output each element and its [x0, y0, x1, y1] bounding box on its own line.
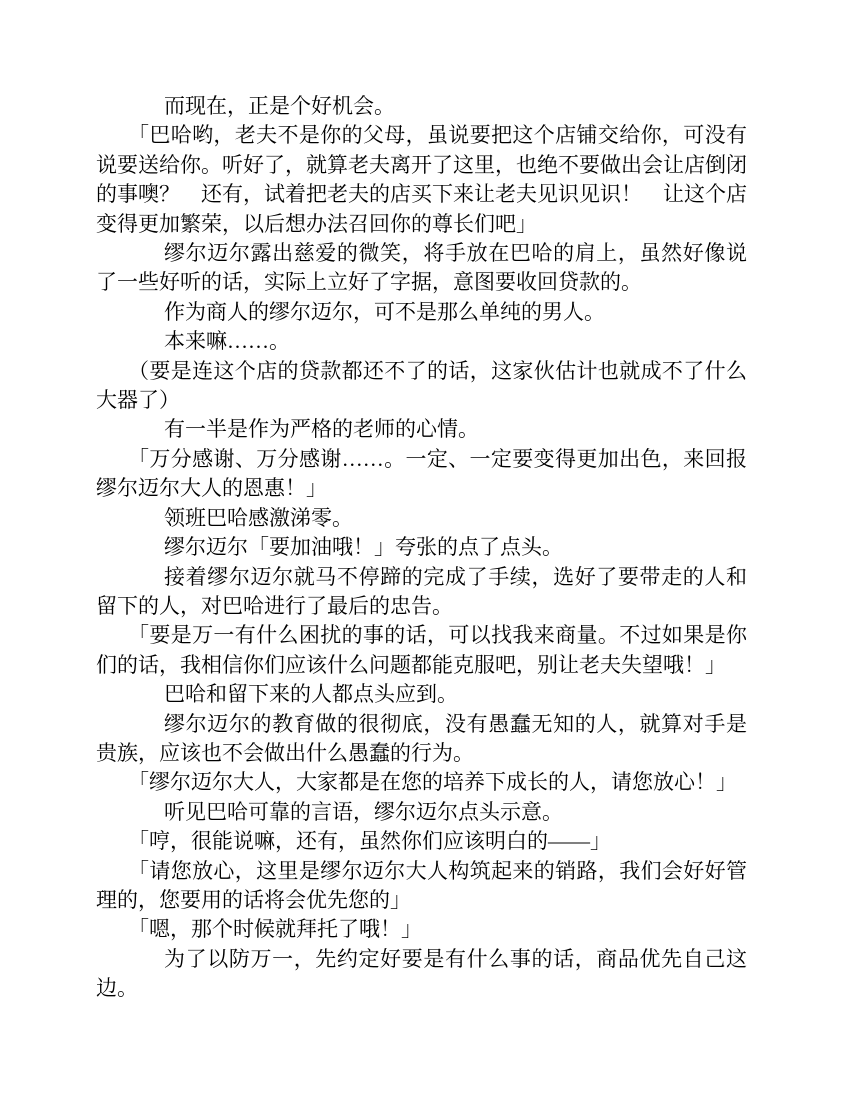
paragraph-dialogue: 「缪尔迈尔大人，大家都是在您的培养下成长的人，请您放心！」 [96, 768, 747, 797]
paragraph-dialogue: 「巴哈哟，老夫不是你的父母，虽说要把这个店铺交给你，可没有说要送给你。听好了，就… [96, 121, 747, 239]
novel-page: 而现在，正是个好机会。「巴哈哟，老夫不是你的父母，虽说要把这个店铺交给你，可没有… [96, 92, 747, 1004]
paragraph-dialogue: 「请您放心，这里是缪尔迈尔大人构筑起来的销路，我们会好好管理的，您要用的话将会优… [96, 857, 747, 916]
paragraph-narration: 为了以防万一，先约定好要是有什么事的话，商品优先自己这边。 [96, 945, 747, 1004]
paragraph-dialogue: 「哼，很能说嘛，还有，虽然你们应该明白的——」 [96, 827, 747, 856]
paragraph-narration: 巴哈和留下来的人都点头应到。 [96, 680, 747, 709]
paragraph-narration: 本来嘛……。 [96, 327, 747, 356]
paragraph-dialogue: 「嗯，那个时候就拜托了哦！」 [96, 915, 747, 944]
paragraph-narration: 有一半是作为严格的老师的心情。 [96, 415, 747, 444]
paragraph-narration: 缪尔迈尔「要加油哦！」夸张的点了点头。 [96, 533, 747, 562]
paragraph-dialogue: 「万分感谢、万分感谢……。一定、一定要变得更加出色，来回报缪尔迈尔大人的恩惠！」 [96, 445, 747, 504]
paragraph-narration: 而现在，正是个好机会。 [96, 92, 747, 121]
paragraph-narration: 听见巴哈可靠的言语，缪尔迈尔点头示意。 [96, 798, 747, 827]
paragraph-narration: 缪尔迈尔的教育做的很彻底，没有愚蠢无知的人，就算对手是贵族，应该也不会做出什么愚… [96, 710, 747, 769]
paragraph-dialogue: 「要是万一有什么困扰的事的话，可以找我来商量。不过如果是你们的话，我相信你们应该… [96, 621, 747, 680]
paragraph-narration: 作为商人的缪尔迈尔，可不是那么单纯的男人。 [96, 298, 747, 327]
paragraph-narration: 缪尔迈尔露出慈爱的微笑，将手放在巴哈的肩上，虽然好像说了一些好听的话，实际上立好… [96, 239, 747, 298]
paragraph-narration: 领班巴哈感激涕零。 [96, 504, 747, 533]
paragraph-narration: 接着缪尔迈尔就马不停蹄的完成了手续，选好了要带走的人和留下的人，对巴哈进行了最后… [96, 563, 747, 622]
paragraph-paren: （要是连这个店的贷款都还不了的话，这家伙估计也就成不了什么大器了） [96, 357, 747, 416]
text-body: 而现在，正是个好机会。「巴哈哟，老夫不是你的父母，虽说要把这个店铺交给你，可没有… [96, 92, 747, 1004]
